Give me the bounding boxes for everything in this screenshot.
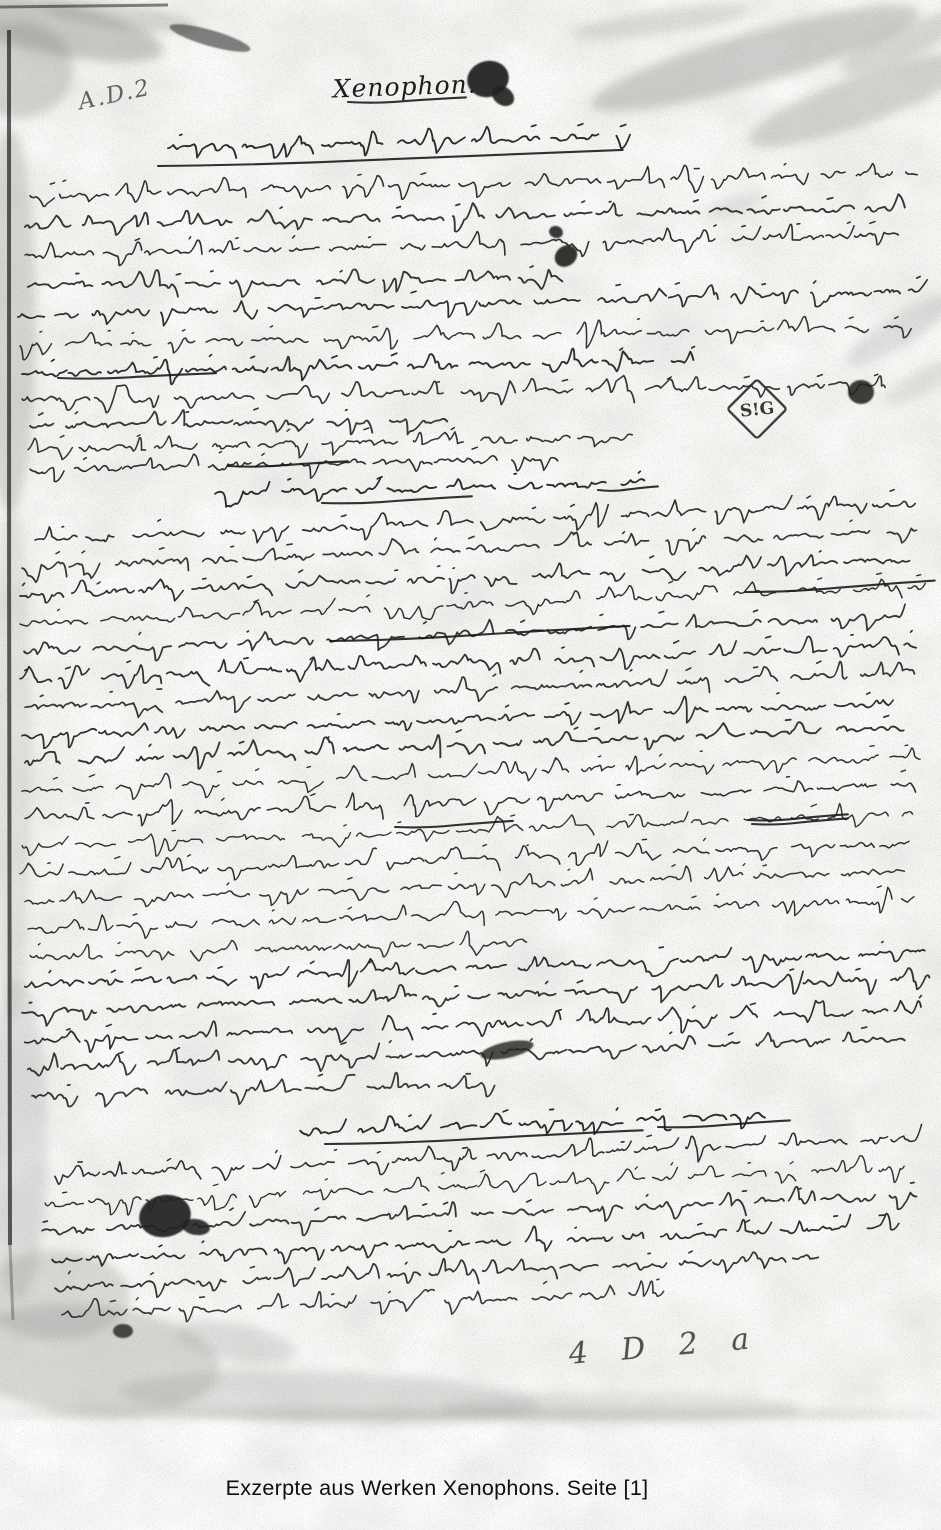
- manuscript-scan: Xenophon. A.D.2 4 D 2 a S!G Exzerpte aus…: [0, 0, 941, 1530]
- paper-grain-layer: [0, 0, 941, 1418]
- handwritten-title: Xenophon.: [330, 70, 477, 104]
- manuscript-page-svg: Xenophon. A.D.2 4 D 2 a S!G: [0, 0, 941, 1530]
- scan-edge-artifact-top: [0, 5, 168, 7]
- scan-edge-artifact-left: [9, 30, 10, 1245]
- caption: Exzerpte aus Werken Xenophons. Seite [1]: [0, 1476, 874, 1501]
- stamp-text: S!G: [739, 398, 775, 421]
